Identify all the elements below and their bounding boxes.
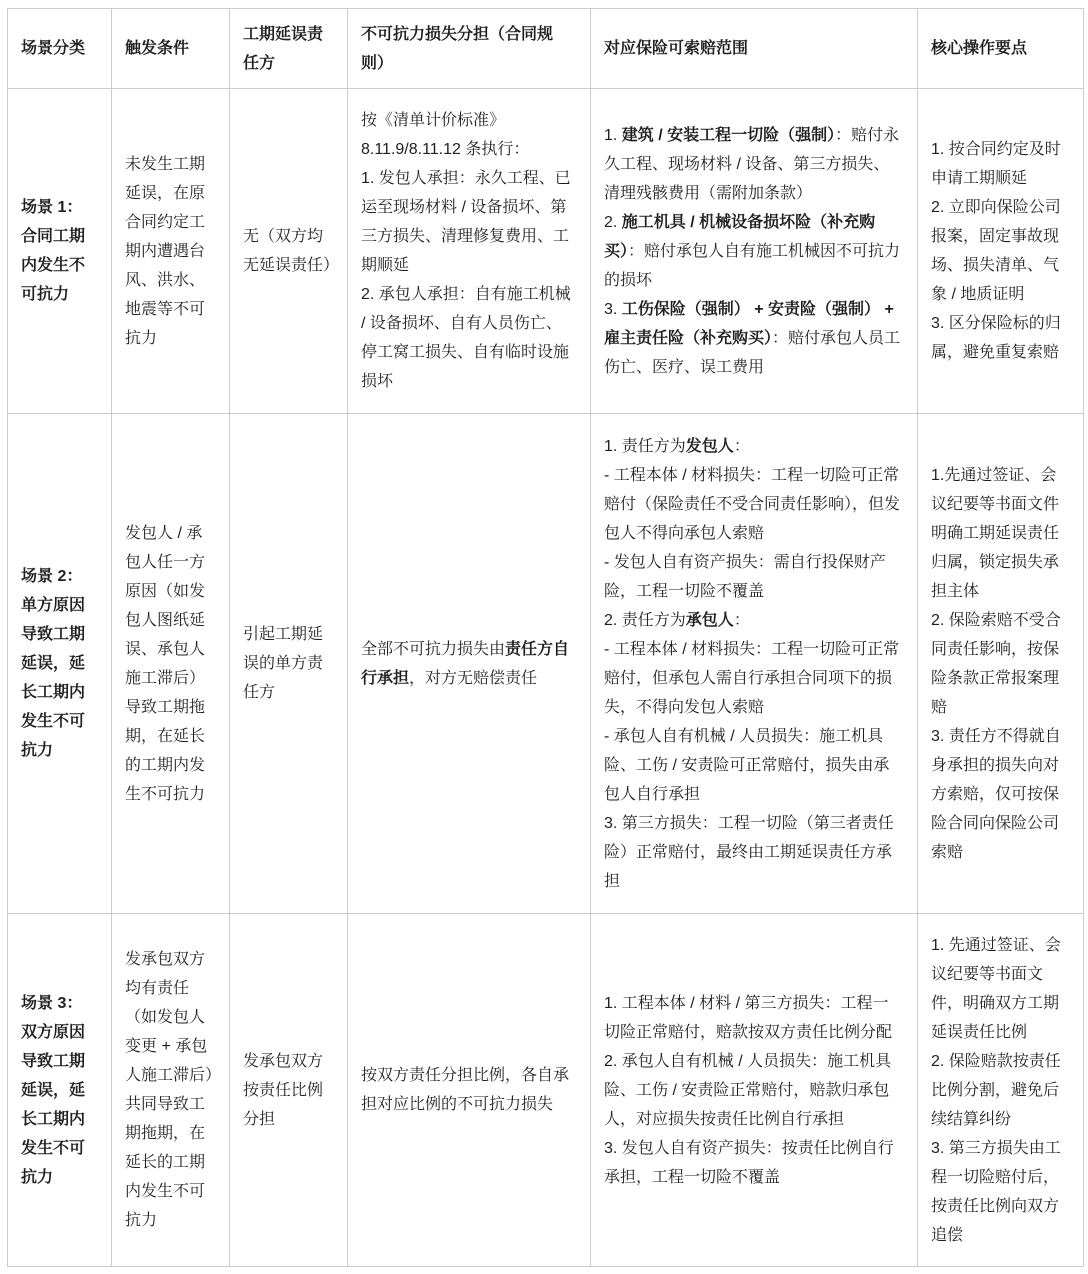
cell-s3-responsible-party: 发承包双方按责任比例分担 <box>230 914 348 1267</box>
header-trigger: 触发条件 <box>112 9 230 89</box>
table-row-scenario-2: 场景 2：单方原因导致工期延误，延长工期内发生不可抗力 发包人 / 承包人任一方… <box>8 414 1084 914</box>
header-responsible-party: 工期延误责任方 <box>230 9 348 89</box>
table-row-scenario-1: 场景 1：合同工期内发生不可抗力 未发生工期延误，在原合同约定工期内遭遇台风、洪… <box>8 89 1084 414</box>
cell-s2-responsible-party: 引起工期延误的单方责任方 <box>230 414 348 914</box>
cell-s1-loss-sharing: 按《清单计价标准》8.11.9/8.11.12 条执行：1. 发包人承担：永久工… <box>348 89 591 414</box>
cell-s2-trigger: 发包人 / 承包人任一方原因（如发包人图纸延误、承包人施工滞后）导致工期拖期，在… <box>112 414 230 914</box>
header-row: 场景分类 触发条件 工期延误责任方 不可抗力损失分担（合同规则） 对应保险可索赔… <box>8 9 1084 89</box>
header-scenario: 场景分类 <box>8 9 112 89</box>
cell-s3-loss-sharing: 按双方责任分担比例，各自承担对应比例的不可抗力损失 <box>348 914 591 1267</box>
cell-s3-scenario: 场景 3：双方原因导致工期延误，延长工期内发生不可抗力 <box>8 914 112 1267</box>
cell-s2-loss-sharing: 全部不可抗力损失由责任方自行承担，对方无赔偿责任 <box>348 414 591 914</box>
cell-s1-responsible-party: 无（双方均无延误责任） <box>230 89 348 414</box>
cell-s2-insurance-scope: 1. 责任方为发包人：- 工程本体 / 材料损失：工程一切险可正常赔付（保险责任… <box>591 414 918 914</box>
cell-s2-key-actions: 1.先通过签证、会议纪要等书面文件明确工期延误责任归属，锁定损失承担主体2. 保… <box>918 414 1084 914</box>
cell-s1-scenario: 场景 1：合同工期内发生不可抗力 <box>8 89 112 414</box>
header-loss-sharing: 不可抗力损失分担（合同规则） <box>348 9 591 89</box>
header-key-actions: 核心操作要点 <box>918 9 1084 89</box>
force-majeure-table: 场景分类 触发条件 工期延误责任方 不可抗力损失分担（合同规则） 对应保险可索赔… <box>7 8 1084 1267</box>
cell-s3-insurance-scope: 1. 工程本体 / 材料 / 第三方损失：工程一切险正常赔付，赔款按双方责任比例… <box>591 914 918 1267</box>
table-row-scenario-3: 场景 3：双方原因导致工期延误，延长工期内发生不可抗力 发承包双方均有责任（如发… <box>8 914 1084 1267</box>
cell-s3-trigger: 发承包双方均有责任（如发包人变更 + 承包人施工滞后）共同导致工期拖期，在延长的… <box>112 914 230 1267</box>
cell-s1-insurance-scope: 1. 建筑 / 安装工程一切险（强制）：赔付永久工程、现场材料 / 设备、第三方… <box>591 89 918 414</box>
cell-s2-scenario: 场景 2：单方原因导致工期延误，延长工期内发生不可抗力 <box>8 414 112 914</box>
header-insurance-scope: 对应保险可索赔范围 <box>591 9 918 89</box>
cell-s3-key-actions: 1. 先通过签证、会议纪要等书面文件，明确双方工期延误责任比例2. 保险赔款按责… <box>918 914 1084 1267</box>
cell-s1-key-actions: 1. 按合同约定及时申请工期顺延2. 立即向保险公司报案，固定事故现场、损失清单… <box>918 89 1084 414</box>
cell-s1-trigger: 未发生工期延误，在原合同约定工期内遭遇台风、洪水、地震等不可抗力 <box>112 89 230 414</box>
